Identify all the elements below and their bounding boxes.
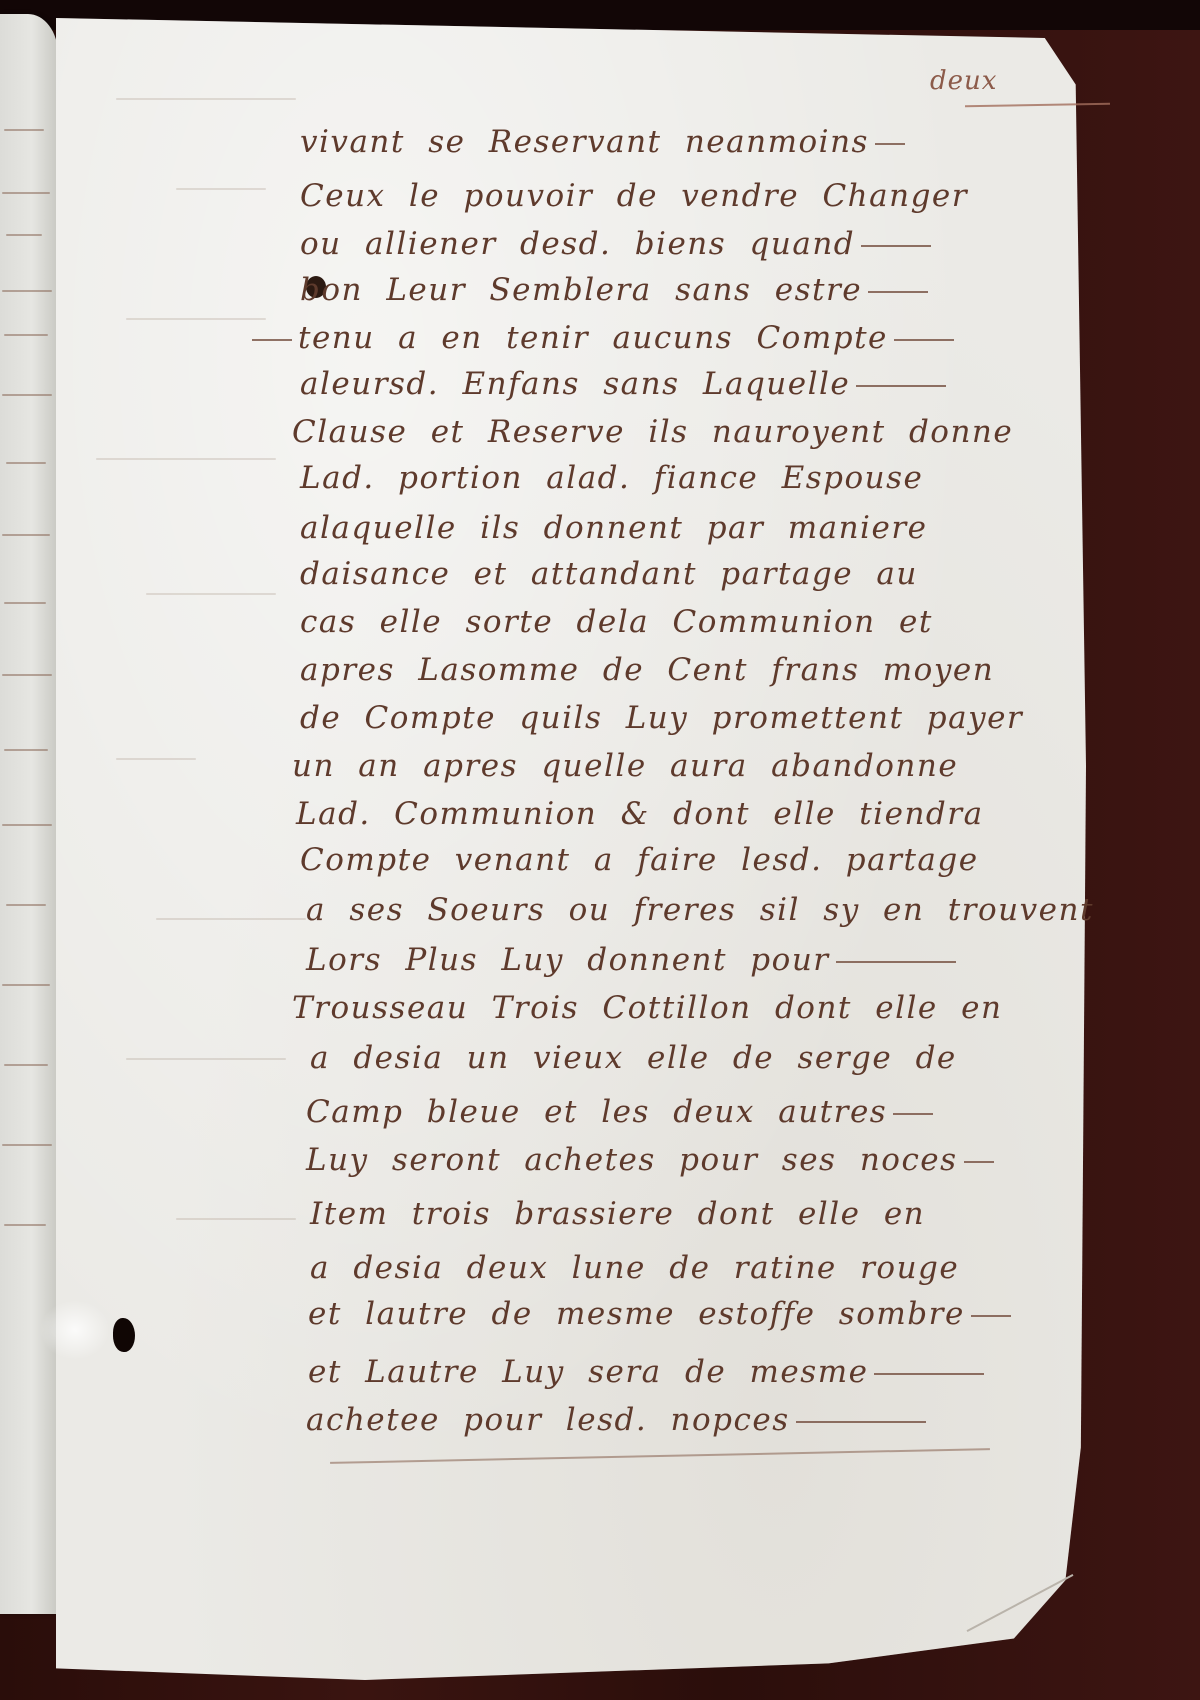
- text-line: de Compte quils Luy promettent payer: [300, 700, 1080, 736]
- text-line: un an apres quelle aura abandonne: [292, 748, 1072, 784]
- text-line: alaquelle ils donnent par maniere: [300, 510, 1080, 546]
- text-line: tenu a en tenir aucuns Compte: [252, 320, 1032, 356]
- text-line: Lad. portion alad. fiance Espouse: [300, 460, 1080, 496]
- line-text: Item trois brassiere dont elle en: [310, 1196, 925, 1232]
- text-line: Item trois brassiere dont elle en: [310, 1196, 1090, 1232]
- text-line: achetee pour lesd. nopces: [306, 1402, 1086, 1438]
- facing-page-ink-mark: [2, 394, 52, 396]
- line-text: Lors Plus Luy donnent pour: [306, 942, 830, 978]
- bleed-through-mark: [176, 1218, 296, 1220]
- line-text: a desia deux lune de ratine rouge: [310, 1250, 959, 1286]
- text-line: a desia deux lune de ratine rouge: [310, 1250, 1090, 1286]
- line-filler-stroke: [893, 1113, 933, 1115]
- facing-page-ink-mark: [6, 234, 42, 236]
- line-text: apres Lasomme de Cent frans moyen: [300, 652, 994, 688]
- facing-page-ink-mark: [4, 602, 46, 604]
- facing-page-ink-mark: [4, 129, 44, 131]
- facing-page-ink-mark: [2, 984, 50, 986]
- text-line: Clause et Reserve ils nauroyent donne: [292, 414, 1072, 450]
- text-line: ou alliener desd. biens quand: [300, 226, 1080, 262]
- facing-page-ink-mark: [2, 1144, 52, 1146]
- text-line: daisance et attandant partage au: [300, 556, 1080, 592]
- facing-page-ink-mark: [2, 192, 50, 194]
- text-line: Ceux le pouvoir de vendre Changer: [300, 178, 1080, 214]
- bleed-through-mark: [176, 188, 266, 190]
- line-filler-stroke: [868, 291, 928, 293]
- text-line: Luy seront achetes pour ses noces: [306, 1142, 1086, 1178]
- line-filler-stroke: [861, 245, 931, 247]
- text-line: a desia un vieux elle de serge de: [310, 1040, 1090, 1076]
- paper-hole: [113, 1318, 135, 1352]
- line-text: a desia un vieux elle de serge de: [310, 1040, 957, 1076]
- bleed-through-mark: [96, 458, 276, 460]
- bleed-through-mark: [156, 918, 306, 920]
- facing-page-ink-mark: [2, 534, 50, 536]
- text-line: bon Leur Semblera sans estre: [300, 272, 1080, 308]
- line-text: Clause et Reserve ils nauroyent donne: [292, 414, 1013, 450]
- facing-page-ink-mark: [6, 904, 46, 906]
- text-line: Lors Plus Luy donnent pour: [306, 942, 1086, 978]
- line-text: Lad. portion alad. fiance Espouse: [300, 460, 923, 496]
- line-filler-stroke: [874, 1373, 984, 1375]
- facing-page-edge: [0, 14, 58, 1614]
- line-text: Luy seront achetes pour ses noces: [306, 1142, 958, 1178]
- line-text: tenu a en tenir aucuns Compte: [298, 320, 888, 356]
- line-text: Lad. Communion & dont elle tiendra: [296, 796, 984, 832]
- text-line: Camp bleue et les deux autres: [306, 1094, 1086, 1130]
- text-line: et Lautre Luy sera de mesme: [308, 1354, 1088, 1390]
- line-filler-stroke: [796, 1421, 926, 1423]
- bleed-through-mark: [126, 318, 266, 320]
- bleed-through-mark: [116, 758, 196, 760]
- line-filler-stroke: [894, 339, 954, 341]
- bleed-through-mark: [146, 593, 276, 595]
- page-header-word: deux: [930, 66, 997, 96]
- line-text: Ceux le pouvoir de vendre Changer: [300, 178, 968, 214]
- facing-page-ink-mark: [4, 1224, 46, 1226]
- line-text: Camp bleue et les deux autres: [306, 1094, 887, 1130]
- text-line: apres Lasomme de Cent frans moyen: [300, 652, 1080, 688]
- text-line: Compte venant a faire lesd. partage: [300, 842, 1080, 878]
- line-filler-stroke: [856, 385, 946, 387]
- line-text: a ses Soeurs ou freres sil sy en trouven…: [306, 892, 1094, 928]
- text-line: et lautre de mesme estoffe sombre: [308, 1296, 1088, 1332]
- line-text: daisance et attandant partage au: [300, 556, 918, 592]
- text-line: Lad. Communion & dont elle tiendra: [296, 796, 1076, 832]
- text-line: aleursd. Enfans sans Laquelle: [300, 366, 1080, 402]
- line-text: cas elle sorte dela Communion et: [300, 604, 933, 640]
- line-text: alaquelle ils donnent par maniere: [300, 510, 927, 546]
- line-text: ou alliener desd. biens quand: [300, 226, 855, 262]
- text-line: Trousseau Trois Cottillon dont elle en: [292, 990, 1072, 1026]
- paper-dent: [40, 1300, 110, 1360]
- line-text: Trousseau Trois Cottillon dont elle en: [292, 990, 1002, 1026]
- line-text: de Compte quils Luy promettent payer: [300, 700, 1023, 736]
- text-line: a ses Soeurs ou freres sil sy en trouven…: [306, 892, 1086, 928]
- facing-page-ink-mark: [2, 824, 52, 826]
- line-text: achetee pour lesd. nopces: [306, 1402, 790, 1438]
- facing-page-ink-mark: [2, 674, 52, 676]
- line-text: vivant se Reservant neanmoins: [300, 124, 869, 160]
- line-text: et Lautre Luy sera de mesme: [308, 1354, 868, 1390]
- bleed-through-mark: [116, 98, 296, 100]
- line-filler-stroke: [971, 1315, 1011, 1317]
- facing-page-ink-mark: [6, 462, 46, 464]
- facing-page-ink-mark: [4, 749, 48, 751]
- line-filler-stroke: [252, 339, 292, 341]
- line-filler-stroke: [836, 961, 956, 963]
- line-filler-stroke: [964, 1161, 994, 1163]
- line-text: bon Leur Semblera sans estre: [300, 272, 862, 308]
- facing-page-ink-mark: [2, 290, 52, 292]
- text-line: vivant se Reservant neanmoins: [300, 124, 1080, 160]
- facing-page-ink-mark: [4, 334, 48, 336]
- facing-page-ink-mark: [4, 1064, 48, 1066]
- line-filler-stroke: [875, 143, 905, 145]
- text-line: cas elle sorte dela Communion et: [300, 604, 1080, 640]
- line-text: un an apres quelle aura abandonne: [292, 748, 958, 784]
- bleed-through-mark: [126, 1058, 286, 1060]
- line-text: Compte venant a faire lesd. partage: [300, 842, 979, 878]
- line-text: et lautre de mesme estoffe sombre: [308, 1296, 965, 1332]
- line-text: aleursd. Enfans sans Laquelle: [300, 366, 850, 402]
